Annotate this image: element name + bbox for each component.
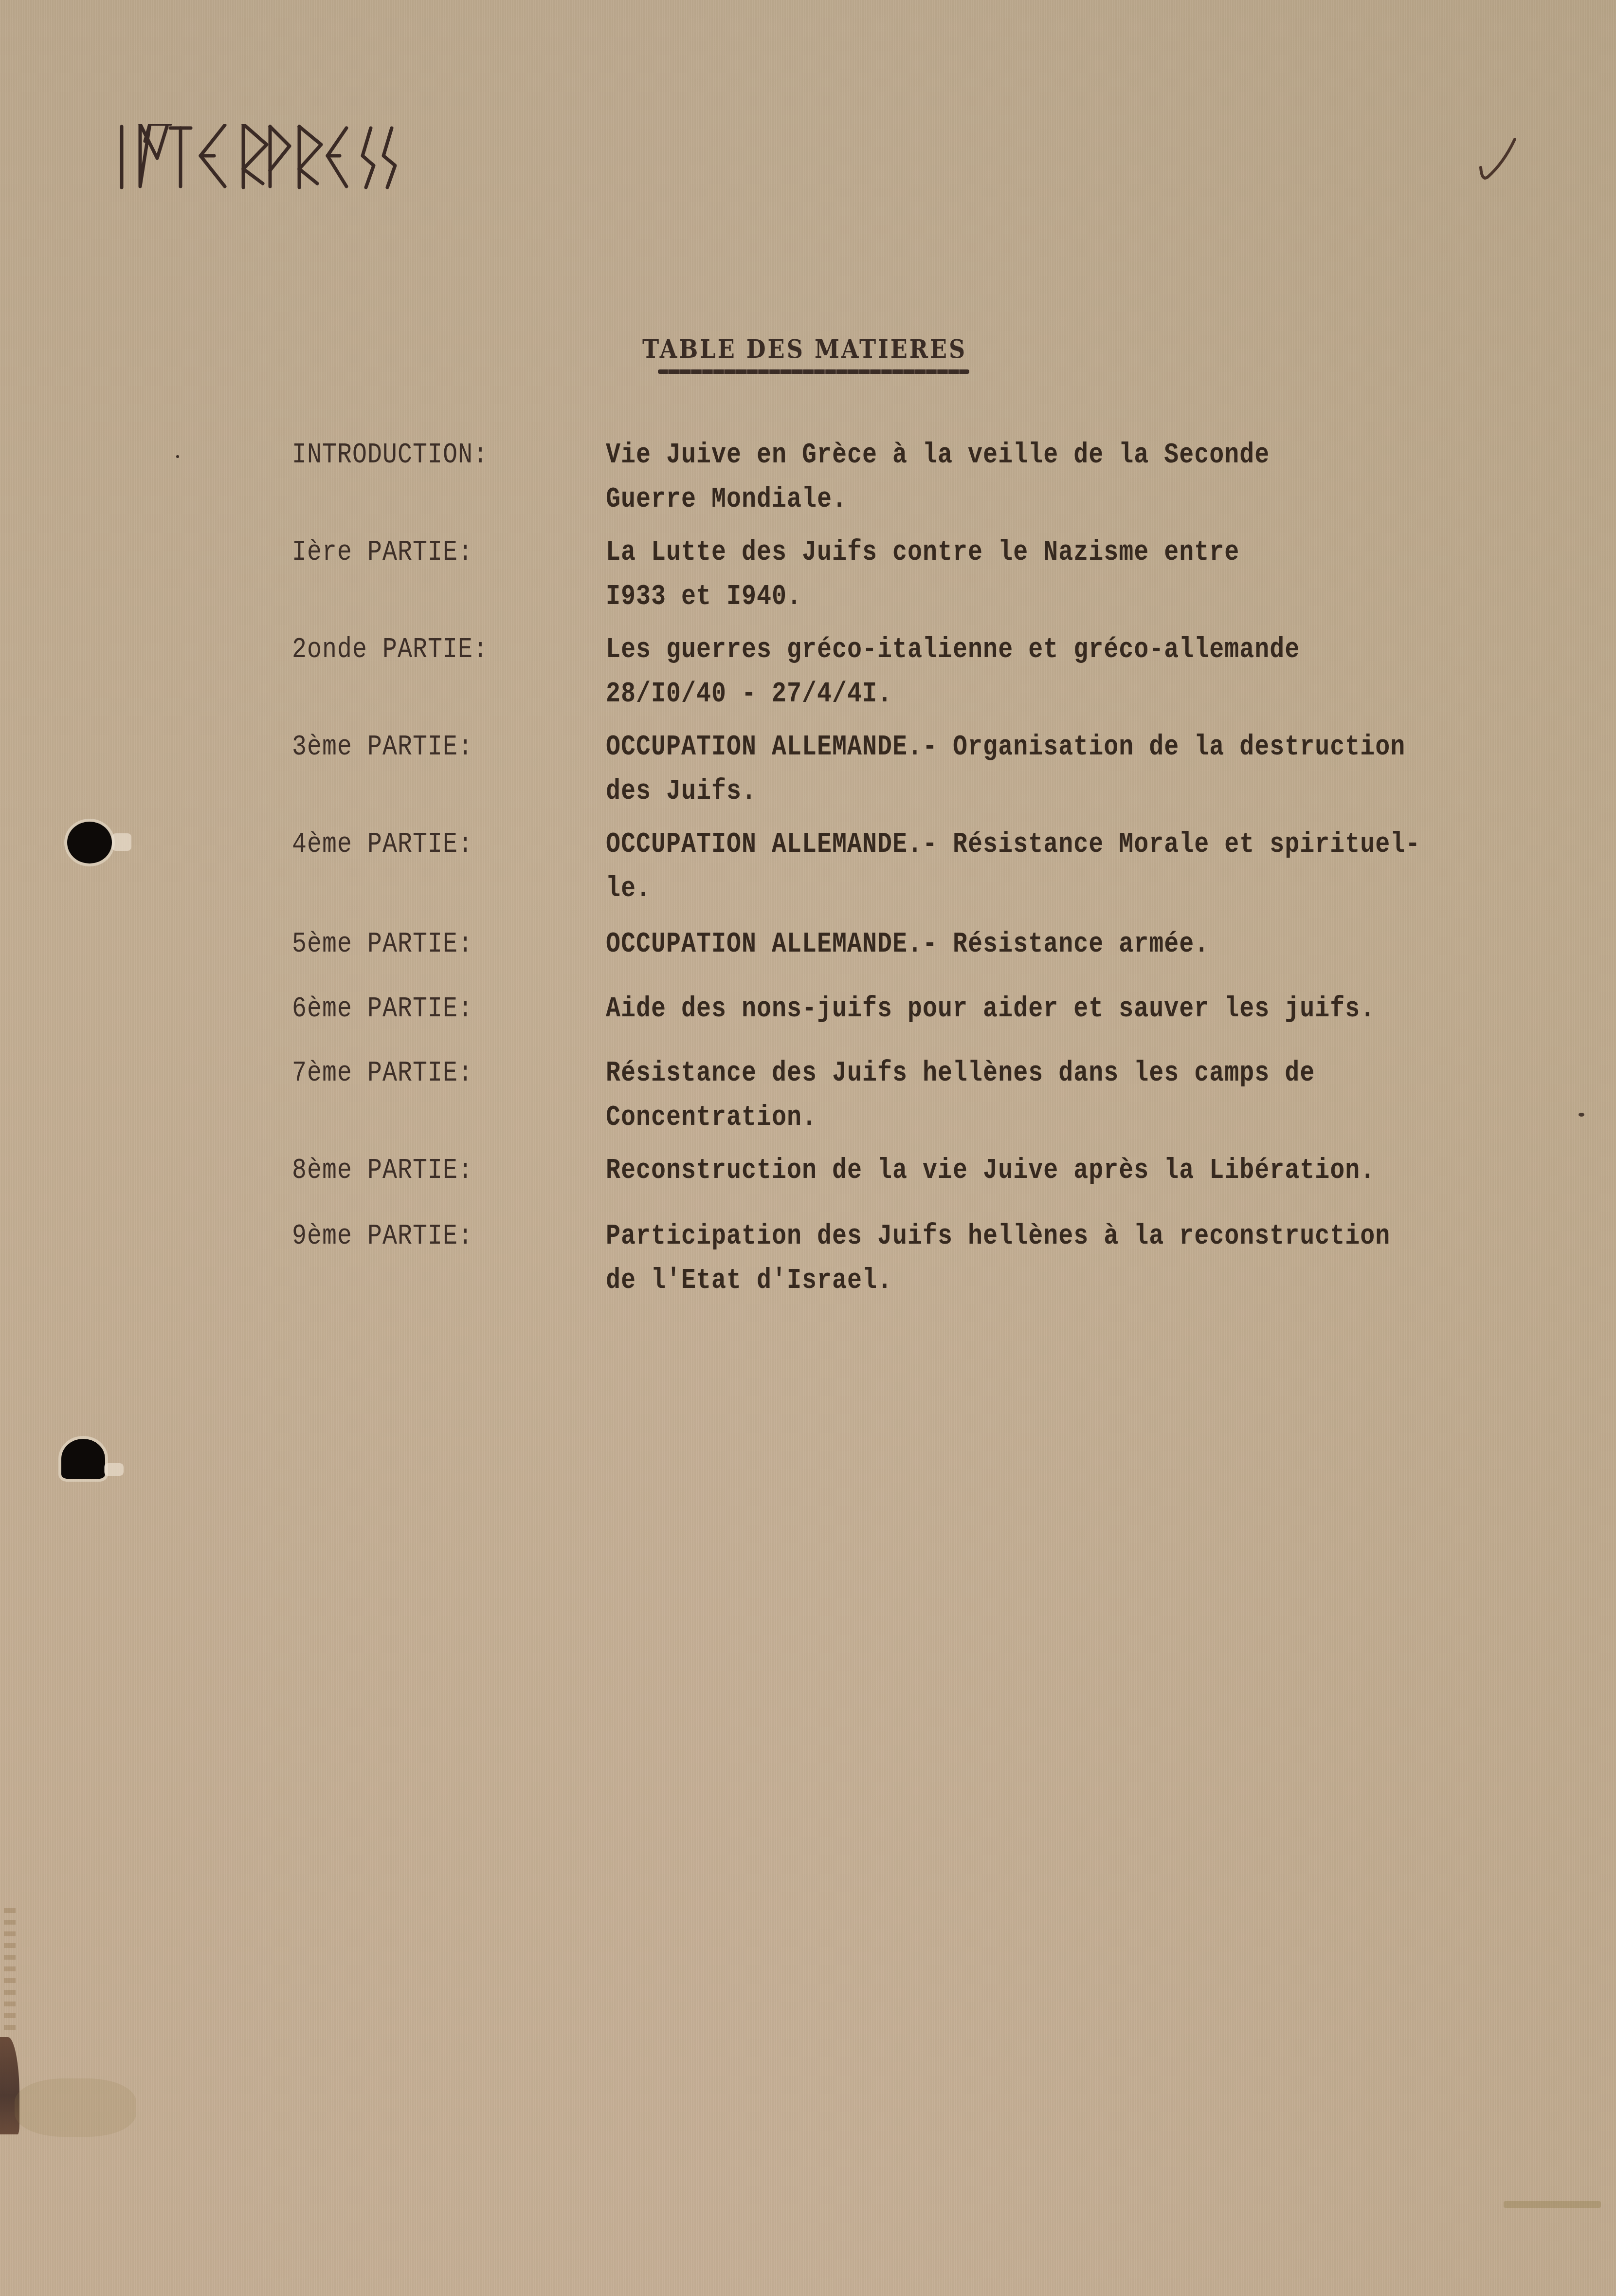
- toc-entry-line: Les guerres gréco-italienne et gréco-all…: [606, 628, 1581, 672]
- interpress-logo-icon: [117, 124, 657, 190]
- toc-entry: 5ème PARTIE: OCCUPATION ALLEMANDE.- Rési…: [292, 922, 1581, 959]
- toc-entry-line: Résistance des Juifs hellènes dans les c…: [606, 1051, 1581, 1096]
- toc-entry-line: Guerre Mondiale.: [606, 478, 1581, 522]
- toc-entry: 9ème PARTIE: Participation des Juifs hel…: [292, 1214, 1581, 1288]
- paper-stain: [15, 2078, 136, 2137]
- toc-entry: 2onde PARTIE: Les guerres gréco-italienn…: [292, 628, 1581, 702]
- toc-entry-line: OCCUPATION ALLEMANDE.- Organisation de l…: [606, 725, 1581, 770]
- toc-entry-line: Participation des Juifs hellènes à la re…: [606, 1214, 1581, 1259]
- toc-entry-title: La Lutte des Juifs contre le Nazisme ent…: [606, 531, 1581, 619]
- toc-entry-label: 7ème PARTIE:: [292, 1051, 606, 1140]
- toc-entry-title: OCCUPATION ALLEMANDE.- Résistance Morale…: [606, 823, 1581, 911]
- toc-entry-line: Vie Juive en Grèce à la veille de la Sec…: [606, 433, 1581, 478]
- toc-entry-title: Les guerres gréco-italienne et gréco-all…: [606, 628, 1581, 716]
- toc-entry-title: OCCUPATION ALLEMANDE.- Organisation de l…: [606, 725, 1581, 814]
- toc-entry-label: Ière PARTIE:: [292, 531, 606, 619]
- toc-entry-label: 2onde PARTIE:: [292, 628, 606, 716]
- punch-hole: [67, 822, 112, 863]
- toc-entry-title: OCCUPATION ALLEMANDE.- Résistance armée.: [606, 922, 1581, 967]
- toc-entry-title: Aide des nons-juifs pour aider et sauver…: [606, 987, 1581, 1031]
- letterhead-logo: INTERPRESS: [117, 124, 657, 190]
- edge-ink-bleed: [4, 1908, 16, 2030]
- toc-entry: 7ème PARTIE: Résistance des Juifs hellèn…: [292, 1051, 1581, 1125]
- toc-entry: INTRODUCTION: Vie Juive en Grèce à la ve…: [292, 433, 1581, 507]
- toc-entry: 8ème PARTIE: Reconstruction de la vie Ju…: [292, 1149, 1581, 1186]
- toc-entry: 3ème PARTIE: OCCUPATION ALLEMANDE.- Orga…: [292, 725, 1581, 799]
- toc-entry-line: des Juifs.: [606, 770, 1581, 814]
- paper-tear: [112, 833, 131, 851]
- ink-speck: [176, 455, 179, 458]
- toc-entry-line: I933 et I940.: [606, 575, 1581, 619]
- toc-entry-line: OCCUPATION ALLEMANDE.- Résistance Morale…: [606, 823, 1581, 867]
- toc-entry: Ière PARTIE: La Lutte des Juifs contre l…: [292, 531, 1581, 605]
- toc-entry-title: Participation des Juifs hellènes à la re…: [606, 1214, 1581, 1303]
- title-underline: [658, 369, 969, 374]
- toc-entry-label: 6ème PARTIE:: [292, 987, 606, 1031]
- toc-entry: 6ème PARTIE: Aide des nons-juifs pour ai…: [292, 987, 1581, 1024]
- toc-entry-title: Vie Juive en Grèce à la veille de la Sec…: [606, 433, 1581, 522]
- toc-entry-line: OCCUPATION ALLEMANDE.- Résistance armée.: [606, 922, 1581, 967]
- faint-mark: [1504, 2201, 1601, 2208]
- toc-entry-line: 28/I0/40 - 27/4/4I.: [606, 672, 1581, 716]
- toc-entry-line: Concentration.: [606, 1096, 1581, 1140]
- punch-hole: [61, 1439, 105, 1479]
- toc-entry-title: Reconstruction de la vie Juive après la …: [606, 1149, 1581, 1193]
- toc-entry-line: La Lutte des Juifs contre le Nazisme ent…: [606, 531, 1581, 575]
- toc-entry: 4ème PARTIE: OCCUPATION ALLEMANDE.- Rési…: [292, 823, 1581, 897]
- toc-entry-line: Reconstruction de la vie Juive après la …: [606, 1149, 1581, 1193]
- check-mark-icon: [1477, 136, 1521, 185]
- toc-entry-label: 9ème PARTIE:: [292, 1214, 606, 1303]
- toc-entry-title: Résistance des Juifs hellènes dans les c…: [606, 1051, 1581, 1140]
- toc-entry-line: Aide des nons-juifs pour aider et sauver…: [606, 987, 1581, 1031]
- toc-entry-label: 8ème PARTIE:: [292, 1149, 606, 1193]
- toc-entry-label: INTRODUCTION:: [292, 433, 606, 522]
- paper-tear: [104, 1463, 124, 1476]
- toc-entry-line: de l'Etat d'Israel.: [606, 1259, 1581, 1303]
- toc-entry-label: 5ème PARTIE:: [292, 922, 606, 967]
- toc-entry-label: 4ème PARTIE:: [292, 823, 606, 911]
- ink-speck: [1579, 1113, 1584, 1117]
- toc-entry-line: le.: [606, 867, 1581, 911]
- toc-entry-label: 3ème PARTIE:: [292, 725, 606, 814]
- page-title: TABLE DES MATIERES: [642, 334, 983, 364]
